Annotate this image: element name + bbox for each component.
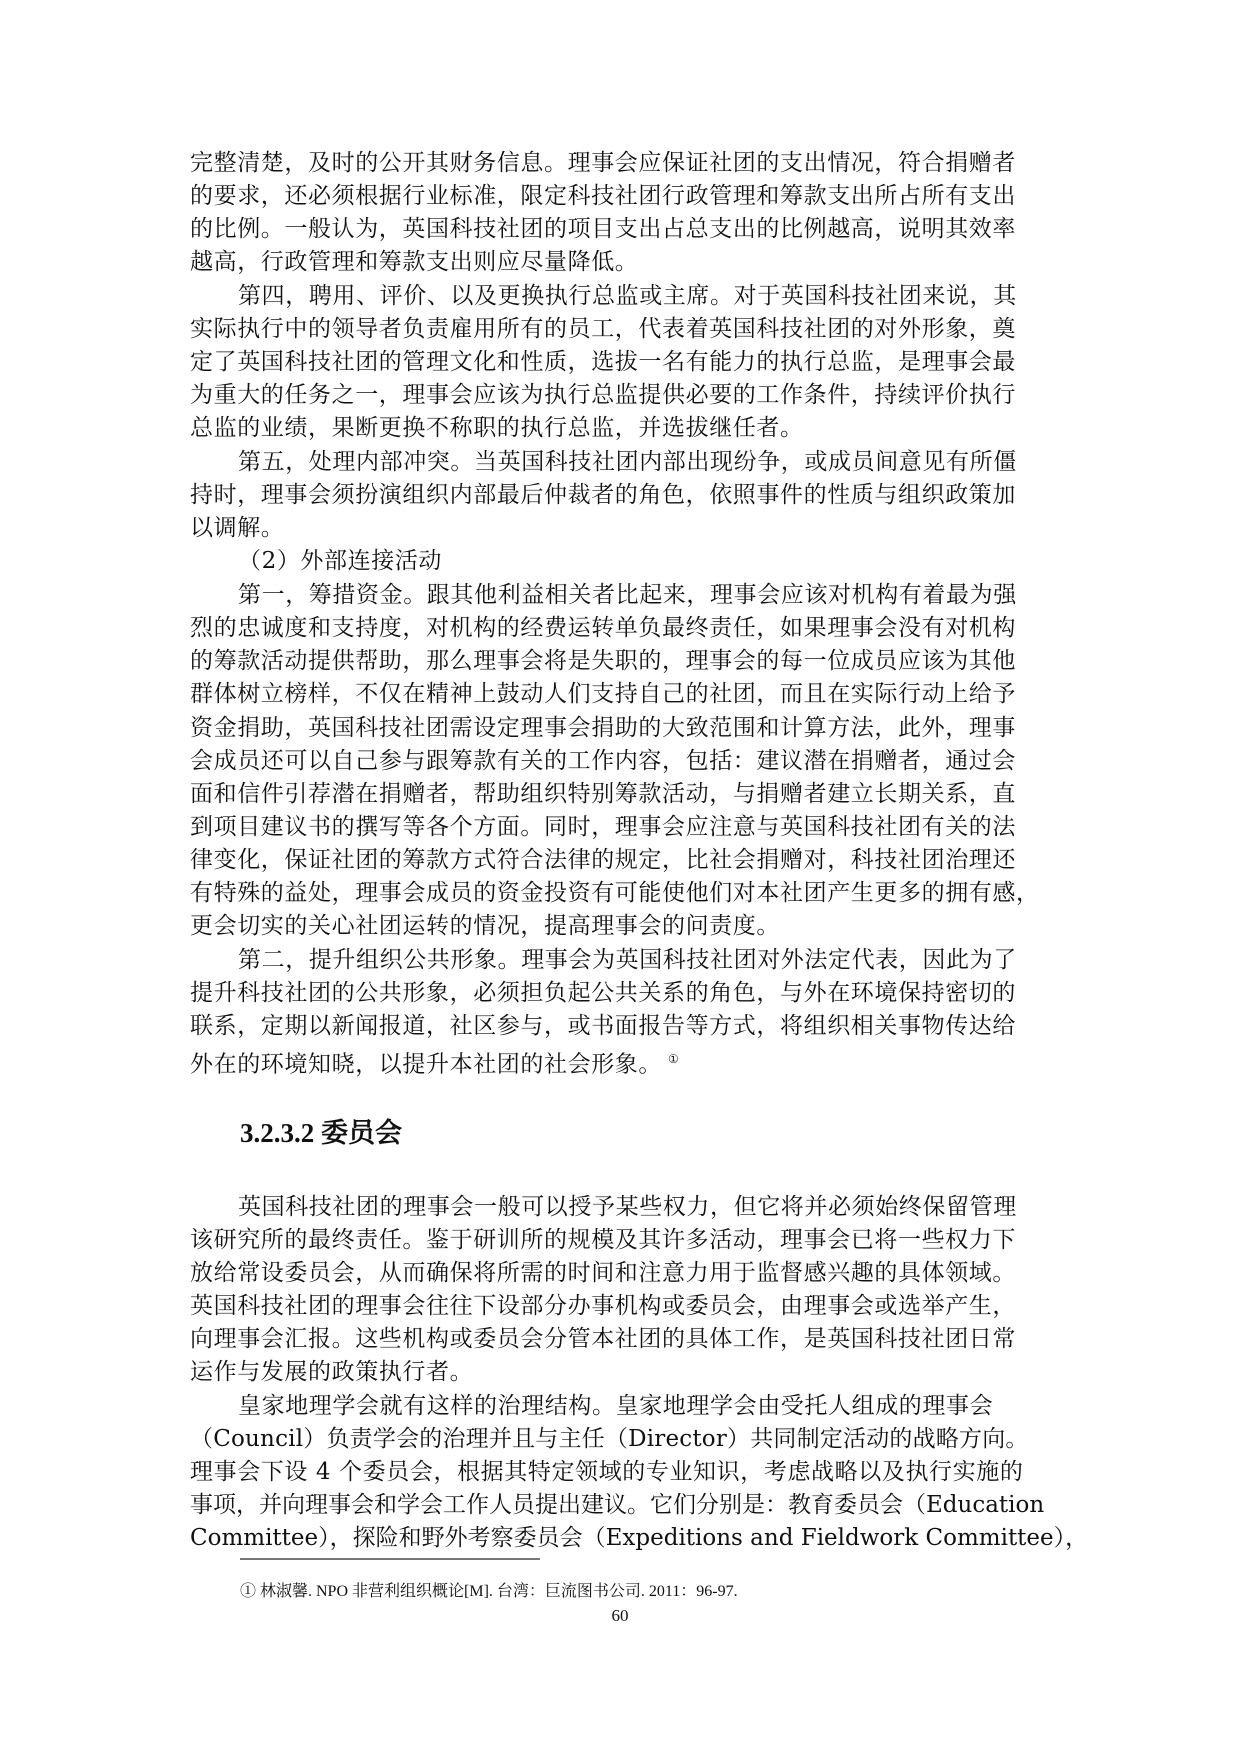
paragraph-line: 的比例。一般认为，英国科技社团的项目支出占总支出的比例越高，说明其效率 bbox=[190, 214, 1050, 244]
paragraph-line: 第一，筹措资金。跟其他利益相关者比起来，理事会应该对机构有着最为强 bbox=[238, 580, 1050, 610]
paragraph-line: 该研究所的最终责任。鉴于研训所的规模及其许多活动，理事会已将一些权力下 bbox=[190, 1225, 1050, 1255]
paragraph-line: 面和信件引荐潜在捐赠者，帮助组织特别筹款活动，与捐赠者建立长期关系，直 bbox=[190, 779, 1050, 809]
paragraph-line: 律变化，保证社团的筹款方式符合法律的规定，比社会捐赠对，科技社团治理还 bbox=[190, 845, 1050, 875]
paragraph-line: （Council）负责学会的治理并且与主任（Director）共同制定活动的战略… bbox=[190, 1424, 1050, 1454]
paragraph-line: 资金捐助，英国科技社团需设定理事会捐助的大致范围和计算方法，此外，理事 bbox=[190, 713, 1050, 743]
paragraph-line: 外在的环境知晓，以提升本社团的社会形象。① bbox=[190, 1044, 1050, 1080]
subheading: （2）外部连接活动 bbox=[238, 546, 1050, 576]
paragraph-line: 越高，行政管理和筹款支出则应尽量降低。 bbox=[190, 247, 1050, 277]
paragraph-line: 更会切实的关心社团运转的情况，提高理事会的问责度。 bbox=[190, 911, 1050, 941]
paragraph-line: 第五，处理内部冲突。当英国科技社团内部出现纷争，或成员间意见有所僵 bbox=[238, 447, 1050, 477]
footnote-reference[interactable]: ① bbox=[668, 1052, 679, 1066]
paragraph-line: 联系，定期以新闻报道，社区参与，或书面报告等方式，将组织相关事物传达给 bbox=[190, 1011, 1050, 1041]
footnote: ① 林淑馨. NPO 非营利组织概论[M]. 台湾：巨流图书公司. 2011：9… bbox=[240, 1581, 738, 1603]
paragraph-line: 提升科技社团的公共形象，必须担负起公共关系的角色，与外在环境保持密切的 bbox=[190, 978, 1050, 1008]
paragraph-line: 完整清楚，及时的公开其财务信息。理事会应保证社团的支出情况，符合捐赠者 bbox=[190, 148, 1050, 178]
paragraph-line: Committee），探险和野外考察委员会（Expeditions and Fi… bbox=[190, 1523, 1050, 1553]
paragraph-line: 事项，并向理事会和学会工作人员提出建议。它们分别是：教育委员会（Educatio… bbox=[190, 1490, 1050, 1520]
paragraph-line: 群体树立榜样，不仅在精神上鼓动人们支持自己的社团，而且在实际行动上给予 bbox=[190, 679, 1050, 709]
paragraph-line: 总监的业绩，果断更换不称职的执行总监，并选拔继任者。 bbox=[190, 413, 1050, 443]
paragraph-line: 放给常设委员会，从而确保将所需的时间和注意力用于监督感兴趣的具体领域。 bbox=[190, 1258, 1050, 1288]
paragraph-line: 运作与发展的政策执行者。 bbox=[190, 1357, 1050, 1387]
paragraph-line: 理事会下设 4 个委员会，根据其特定领域的专业知识，考虑战略以及执行实施的 bbox=[190, 1457, 1050, 1487]
paragraph-line: 的筹款活动提供帮助，那么理事会将是失职的，理事会的每一位成员应该为其他 bbox=[190, 646, 1050, 676]
paragraph-line: 第四，聘用、评价、以及更换执行总监或主席。对于英国科技社团来说，其 bbox=[238, 281, 1050, 311]
paragraph-line: 英国科技社团的理事会一般可以授予某些权力，但它将并必须始终保留管理 bbox=[238, 1192, 1050, 1222]
paragraph-line: 烈的忠诚度和支持度，对机构的经费运转单负最终责任，如果理事会没有对机构 bbox=[190, 613, 1050, 643]
footnote-separator bbox=[240, 1558, 540, 1560]
paragraph-text: 外在的环境知晓，以提升本社团的社会形象。 bbox=[190, 1052, 662, 1078]
paragraph-line: 实际执行中的领导者负责雇用所有的员工，代表着英国科技社团的对外形象，奠 bbox=[190, 314, 1050, 344]
paragraph-line: 皇家地理学会就有这样的治理结构。皇家地理学会由受托人组成的理事会 bbox=[238, 1391, 1050, 1421]
paragraph-line: 英国科技社团的理事会往往下设部分办事机构或委员会，由理事会或选举产生， bbox=[190, 1291, 1050, 1321]
paragraph-line: 为重大的任务之一，理事会应该为执行总监提供必要的工作条件，持续评价执行 bbox=[190, 380, 1050, 410]
paragraph-line: 以调解。 bbox=[190, 513, 1050, 543]
paragraph-line: 会成员还可以自己参与跟筹款有关的工作内容，包括：建议潜在捐赠者，通过会 bbox=[190, 746, 1050, 776]
paragraph-line: 有特殊的益处，理事会成员的资金投资有可能使他们对本社团产生更多的拥有感， bbox=[190, 878, 1050, 908]
paragraph-line: 定了英国科技社团的管理文化和性质，选拔一名有能力的执行总监，是理事会最 bbox=[190, 347, 1050, 377]
section-heading: 3.2.3.2 委员会 bbox=[240, 1116, 402, 1150]
paragraph-line: 向理事会汇报。这些机构或委员会分管本社团的具体工作，是英国科技社团日常 bbox=[190, 1324, 1050, 1354]
paragraph-line: 的要求，还必须根据行业标准，限定科技社团行政管理和筹款支出所占所有支出 bbox=[190, 181, 1050, 211]
page-number: 60 bbox=[0, 1606, 1240, 1626]
paragraph-line: 持时，理事会须扮演组织内部最后仲裁者的角色，依照事件的性质与组织政策加 bbox=[190, 480, 1050, 510]
paragraph-line: 第二，提升组织公共形象。理事会为英国科技社团对外法定代表，因此为了 bbox=[238, 945, 1050, 975]
document-page: 完整清楚，及时的公开其财务信息。理事会应保证社团的支出情况，符合捐赠者 的要求，… bbox=[0, 0, 1240, 1753]
paragraph-line: 到项目建议书的撰写等各个方面。同时，理事会应注意与英国科技社团有关的法 bbox=[190, 812, 1050, 842]
